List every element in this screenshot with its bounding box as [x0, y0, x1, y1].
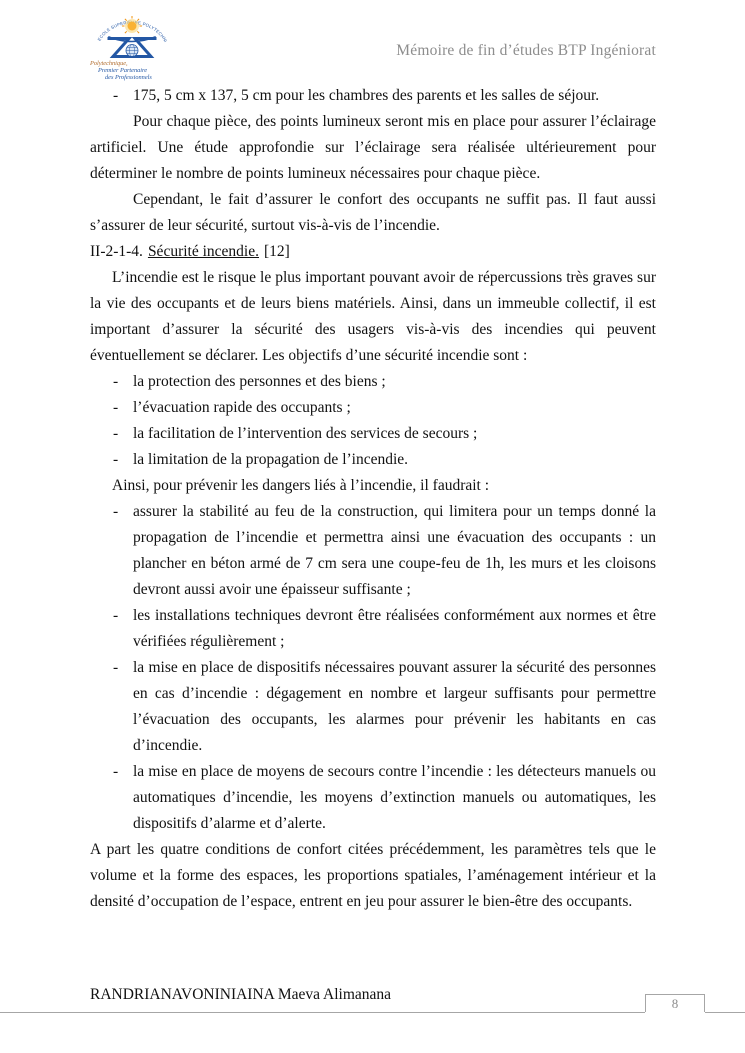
dash-marker: - [113, 395, 133, 421]
section-heading: II-2-1-4.Sécurité incendie.[12] [90, 239, 656, 265]
paragraph-ainsi: Ainsi, pour prévenir les dangers liés à … [90, 473, 656, 499]
section-number: II-2-1-4. [90, 243, 143, 260]
objectives-list: - la protection des personnes et des bie… [90, 369, 656, 473]
footer-divider-right [705, 1012, 745, 1013]
footer-author-name: RANDRIANAVONINIAINA Maeva Alimanana [90, 986, 391, 1004]
document-body: - 175, 5 cm x 137, 5 cm pour les chambre… [90, 83, 656, 915]
list-item-text: l’évacuation rapide des occupants ; [133, 395, 656, 421]
list-item: - 175, 5 cm x 137, 5 cm pour les chambre… [90, 83, 656, 109]
page-number-badge: 8 [645, 994, 705, 1012]
section-reference: [12] [264, 243, 290, 260]
logo-tagline: Polytechnique, Premier Partenaire des Pr… [88, 60, 176, 81]
logo-tagline-line1: Polytechnique, [90, 60, 176, 67]
list-item-text: la limitation de la propagation de l’inc… [133, 447, 656, 473]
header-running-title: Mémoire de fin d’études BTP Ingéniorat [300, 42, 656, 60]
list-item: - la facilitation de l’intervention des … [90, 421, 656, 447]
list-item-text: les installations techniques devront êtr… [133, 603, 656, 655]
list-item: - les installations techniques devront ê… [90, 603, 656, 655]
paragraph-cependant: Cependant, le fait d’assurer le confort … [90, 187, 656, 239]
list-item-text: 175, 5 cm x 137, 5 cm pour les chambres … [133, 83, 656, 109]
list-item: - assurer la stabilité au feu de la cons… [90, 499, 656, 603]
dash-marker: - [113, 369, 133, 395]
paragraph-incendie: L’incendie est le risque le plus importa… [90, 265, 656, 369]
school-logo: ECOLE SUPERIEURE POLYTECHNIQUE D’ANTANAN… [88, 7, 176, 81]
list-item: - la mise en place de dispositifs nécess… [90, 655, 656, 759]
dash-marker: - [113, 83, 133, 109]
dash-marker: - [113, 759, 133, 837]
prevention-measures-list: - assurer la stabilité au feu de la cons… [90, 499, 656, 837]
paragraph-apart: A part les quatre conditions de confort … [90, 837, 656, 915]
list-item-text: assurer la stabilité au feu de la constr… [133, 499, 656, 603]
list-item: - la protection des personnes et des bie… [90, 369, 656, 395]
section-title: Sécurité incendie. [148, 243, 259, 260]
list-item-text: la facilitation de l’intervention des se… [133, 421, 656, 447]
dash-marker: - [113, 447, 133, 473]
list-item-text: la mise en place de moyens de secours co… [133, 759, 656, 837]
dash-marker: - [113, 655, 133, 759]
globe-icon [126, 45, 138, 57]
list-item: - la limitation de la propagation de l’i… [90, 447, 656, 473]
list-item-text: la mise en place de dispositifs nécessai… [133, 655, 656, 759]
list-item: - l’évacuation rapide des occupants ; [90, 395, 656, 421]
dash-marker: - [113, 603, 133, 655]
list-item-text: la protection des personnes et des biens… [133, 369, 656, 395]
school-logo-graphic: ECOLE SUPERIEURE POLYTECHNIQUE D’ANTANAN… [88, 7, 176, 59]
logo-tagline-line3: des Professionnels [105, 74, 176, 81]
dimension-list: - 175, 5 cm x 137, 5 cm pour les chambre… [90, 83, 656, 109]
footer-divider-left [0, 1012, 645, 1013]
list-item: - la mise en place de moyens de secours … [90, 759, 656, 837]
logo-tagline-line2: Premier Partenaire [98, 67, 176, 74]
document-page: ECOLE SUPERIEURE POLYTECHNIQUE D’ANTANAN… [0, 0, 745, 1053]
paragraph-eclairage: Pour chaque pièce, des points lumineux s… [90, 109, 656, 187]
dash-marker: - [113, 499, 133, 603]
dash-marker: - [113, 421, 133, 447]
